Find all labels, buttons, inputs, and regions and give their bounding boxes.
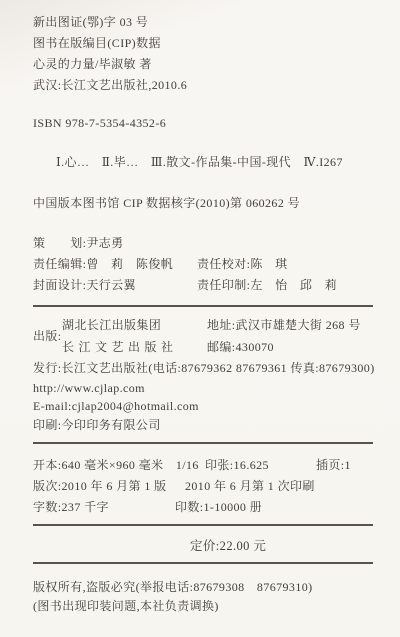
publisher-address: 地址:武汉市雄楚大街 268 号	[207, 317, 361, 333]
email-line: E-mail:cjlap2004@hotmail.com	[33, 398, 199, 414]
word-count-spec: 字数:237 千字	[33, 500, 109, 514]
publication-line: 武汉:长江文艺出版社,2010.6	[33, 77, 187, 93]
divider-publishing-specs	[33, 442, 373, 444]
title-author-line: 心灵的力量/毕淑敏 著	[33, 56, 152, 72]
divider-price-footer	[33, 562, 373, 564]
cover-design-line: 封面设计:天行云翼 责任印制:左 怡 邱 莉	[33, 277, 136, 293]
proofreader-names: 责任校对:陈 琪	[197, 256, 288, 272]
isbn-line: ISBN 978-7-5354-4352-6	[33, 115, 166, 131]
publisher-label: 出版:	[33, 328, 62, 344]
word-count-line: 字数:237 千字 印数:1-10000 册	[33, 499, 109, 515]
cip-record-line: 中国版本图书馆 CIP 数据核字(2010)第 060262 号	[33, 195, 300, 211]
license-number-line: 新出图证(鄂)字 03 号	[33, 14, 148, 30]
distribution-line: 发行:长江文艺出版社(电话:87679362 87679361 传真:87679…	[33, 360, 375, 376]
print-run-spec: 印数:1-10000 册	[175, 499, 262, 515]
publisher-postcode: 邮编:430070	[207, 339, 274, 355]
print-supervisor-names: 责任印制:左 怡 邱 莉	[197, 277, 337, 293]
divider-staff-publishing	[33, 305, 373, 307]
cover-designer: 封面设计:天行云翼	[33, 278, 136, 292]
copyright-notice-line: 版权所有,盗版必究(举报电话:87679308 87679310)	[33, 579, 313, 595]
publisher-group: 湖北长江出版集团	[62, 317, 161, 333]
edition-spec: 版次:2010 年 6 月第 1 版	[33, 479, 167, 493]
classification-line: Ⅰ.心… Ⅱ.毕… Ⅲ.散文-作品集-中国-现代 Ⅳ.I267	[56, 154, 343, 170]
publisher-name: 长江文艺出版社	[62, 339, 178, 355]
website-line: http://www.cjlap.com	[33, 380, 145, 396]
price-line: 定价:22.00 元	[190, 538, 266, 554]
edition-line: 版次:2010 年 6 月第 1 版 2010 年 6 月第 1 次印刷	[33, 478, 167, 494]
divider-specs-price	[33, 524, 373, 526]
copyright-page: 新出图证(鄂)字 03 号 图书在版编目(CIP)数据 心灵的力量/毕淑敏 著 …	[0, 0, 400, 637]
editor-line: 责任编辑:曾 莉 陈俊帆 责任校对:陈 琪	[33, 256, 173, 272]
planner-line: 策 划:尹志勇	[33, 235, 124, 251]
inserts-spec: 插页:1	[316, 457, 351, 473]
sheets-spec: 印张:16.625	[205, 457, 269, 473]
printer-line: 印刷:今印印务有限公司	[33, 417, 161, 433]
format-line: 开本:640 毫米×960 毫米 1/16 印张:16.625 插页:1	[33, 457, 199, 473]
format-spec: 开本:640 毫米×960 毫米 1/16	[33, 458, 199, 472]
editor-names: 责任编辑:曾 莉 陈俊帆	[33, 257, 173, 271]
cip-header-line: 图书在版编目(CIP)数据	[33, 35, 161, 51]
exchange-notice-line: (图书出现印装问题,本社负责调换)	[33, 598, 219, 614]
impression-spec: 2010 年 6 月第 1 次印刷	[185, 478, 315, 494]
